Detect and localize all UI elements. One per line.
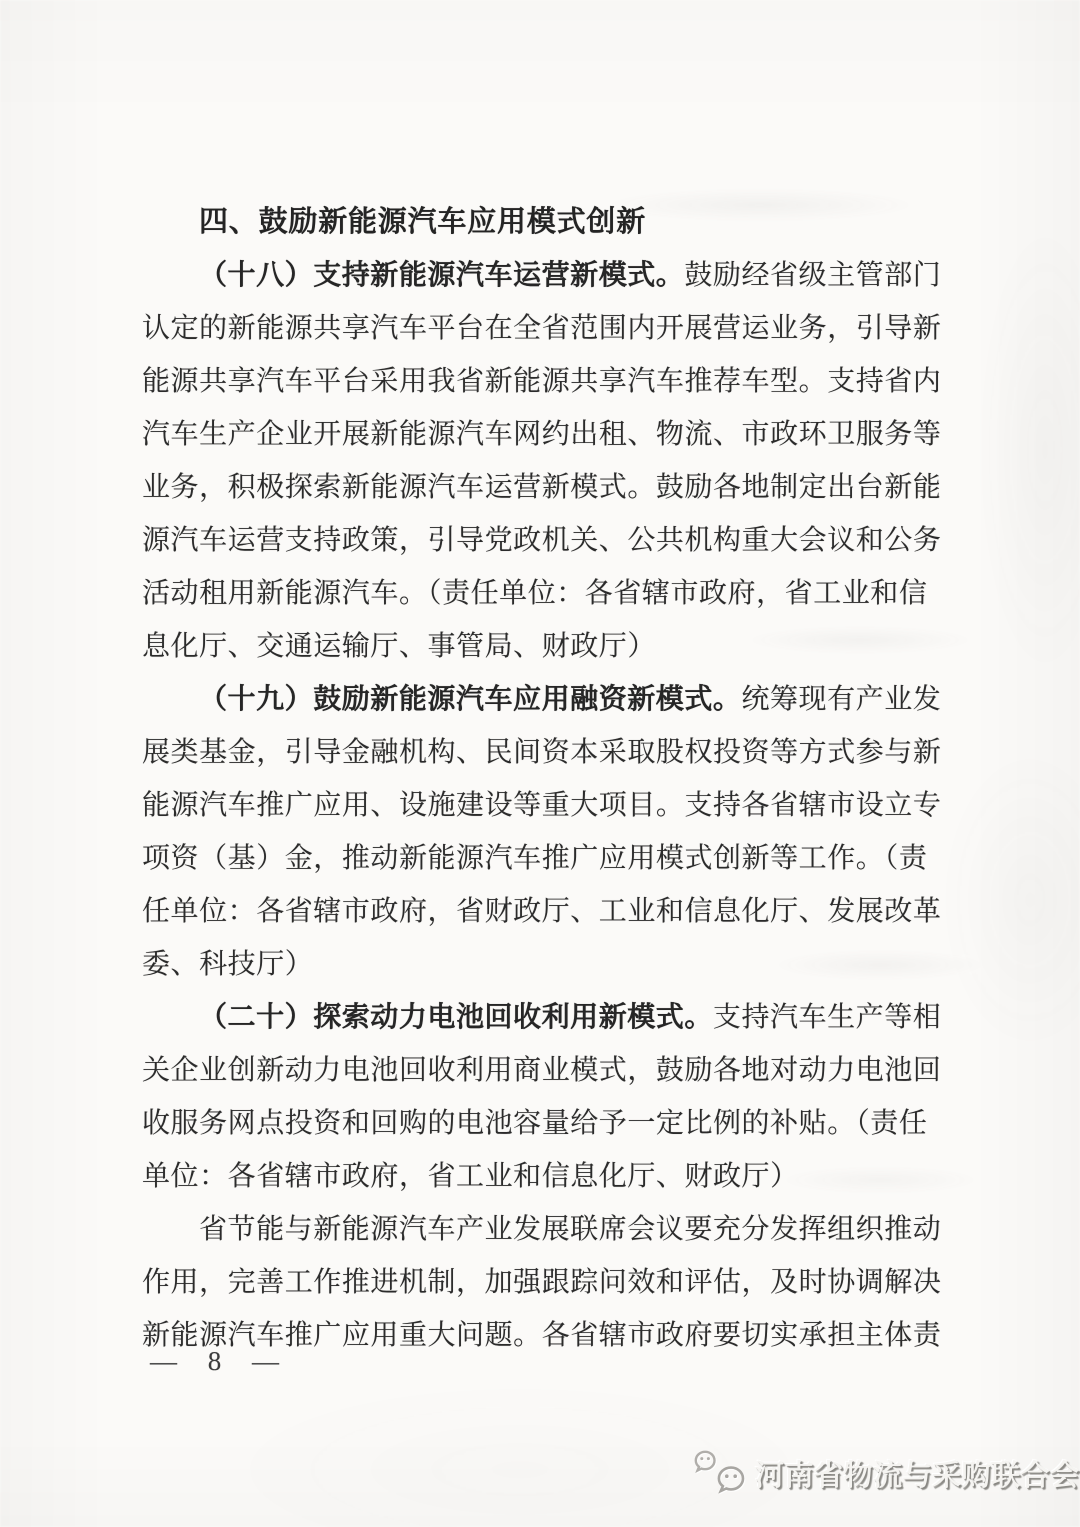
doc-line: （二十）探索动力电池回收利用新模式。支持汽车生产等相 xyxy=(142,991,942,1044)
doc-line: （十九）鼓励新能源汽车应用融资新模式。统筹现有产业发 xyxy=(142,673,942,726)
document-body: 四、鼓励新能源汽车应用模式创新 （十八）支持新能源汽车运营新模式。鼓励经省级主管… xyxy=(142,196,942,1362)
doc-line: 单位：各省辖市政府，省工业和信息化厅、财政厅） xyxy=(142,1150,942,1203)
paragraph-18-lead: （十八）支持新能源汽车运营新模式。 xyxy=(199,260,684,291)
doc-line: 关企业创新动力电池回收利用商业模式，鼓励各地对动力电池回 xyxy=(142,1044,942,1097)
doc-line: 息化厅、交通运输厅、事管局、财政厅） xyxy=(142,620,942,673)
paragraph-20-lead: （二十）探索动力电池回收利用新模式。 xyxy=(199,1002,713,1033)
line-text: 支持汽车生产等相 xyxy=(713,1002,941,1033)
doc-line: 收服务网点投资和回购的电池容量给予一定比例的补贴。（责任 xyxy=(142,1097,942,1150)
paragraph-19-lead: （十九）鼓励新能源汽车应用融资新模式。 xyxy=(199,684,741,715)
section-heading: 四、鼓励新能源汽车应用模式创新 xyxy=(142,196,942,249)
doc-line: 项资（基）金，推动新能源汽车推广应用模式创新等工作。（责 xyxy=(142,832,942,885)
doc-line: 省节能与新能源汽车产业发展联席会议要充分发挥组织推动 xyxy=(142,1203,942,1256)
line-text: 鼓励经省级主管部门 xyxy=(684,260,941,291)
doc-line: 业务，积极探索新能源汽车运营新模式。鼓励各地制定出台新能 xyxy=(142,461,942,514)
doc-line: （十八）支持新能源汽车运营新模式。鼓励经省级主管部门 xyxy=(142,249,942,302)
footer-watermark: 河南省物流与采购联合会 xyxy=(694,1448,1080,1498)
line-text: 统筹现有产业发 xyxy=(741,684,941,715)
doc-line: 任单位：各省辖市政府，省财政厅、工业和信息化厅、发展改革 xyxy=(142,885,942,938)
doc-line: 作用，完善工作推进机制，加强跟踪问效和评估，及时协调解决 xyxy=(142,1256,942,1309)
doc-line: 认定的新能源共享汽车平台在全省范围内开展营运业务，引导新 xyxy=(142,302,942,355)
doc-line: 展类基金，引导金融机构、民间资本采取股权投资等方式参与新 xyxy=(142,726,942,779)
doc-line: 活动租用新能源汽车。（责任单位：各省辖市政府，省工业和信 xyxy=(142,567,942,620)
page-number: — 8 — xyxy=(150,1346,291,1377)
watermark-label: 河南省物流与采购联合会 xyxy=(755,1453,1080,1494)
doc-line: 源汽车运营支持政策，引导党政机关、公共机构重大会议和公务 xyxy=(142,514,942,567)
doc-line: 能源共享汽车平台采用我省新能源共享汽车推荐车型。支持省内 xyxy=(142,355,942,408)
doc-line: 能源汽车推广应用、设施建设等重大项目。支持各省辖市设立专 xyxy=(142,779,942,832)
doc-line: 汽车生产企业开展新能源汽车网约出租、物流、市政环卫服务等 xyxy=(142,408,942,461)
wechat-icon xyxy=(694,1448,746,1498)
doc-line: 委、科技厅） xyxy=(142,938,942,991)
scanned-document-page: 四、鼓励新能源汽车应用模式创新 （十八）支持新能源汽车运营新模式。鼓励经省级主管… xyxy=(0,0,1080,1527)
